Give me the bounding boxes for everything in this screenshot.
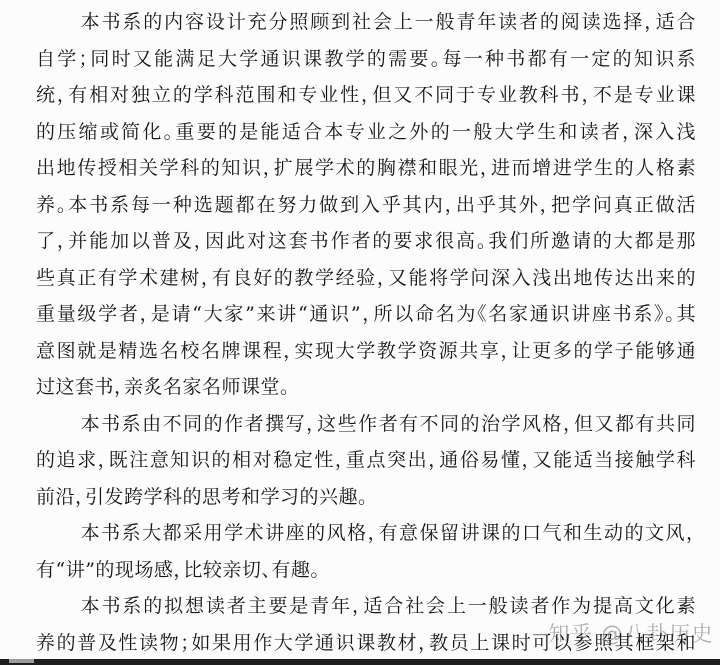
- text-line: 本书系的拟想读者主要是青年，适合社会上一般读者作为提高文化素: [36, 588, 696, 625]
- text-line: 出地传授相关学科的知识，扩展学术的胸襟和眼光，进而增进学生的人格素: [36, 150, 696, 187]
- text-line: 前沿，引发跨学科的思考和学习的兴趣。: [36, 479, 696, 516]
- page-edge-gap: [9, 659, 34, 663]
- text-line: 重量级学者，是请“大家”来讲“通识”，所以命名为《名家通识讲座书系》。其: [36, 296, 696, 333]
- text-line: 的压缩或简化。重要的是能适合本专业之外的一般大学生和读者，深入浅: [36, 114, 696, 151]
- text-line: 统，有相对独立的学科范围和专业性，但又不同于专业教科书，不是专业课: [36, 77, 696, 114]
- text-line: 养的普及性读物；如果用作大学通识课教材，教员上课时可以参照其框架和: [36, 625, 696, 662]
- text-line: 了，并能加以普及，因此对这套书作者的要求很高。我们所邀请的大都是那: [36, 223, 696, 260]
- text-line: 本书系由不同的作者撰写，这些作者有不同的治学风格，但又都有共同: [36, 406, 696, 443]
- text-line: 自学；同时又能满足大学通识课教学的需要。每一种书都有一定的知识系: [36, 41, 696, 78]
- text-line: 的追求，既注意知识的相对稳定性，重点突出，通俗易懂，又能适当接触学科: [36, 442, 696, 479]
- text-line: 意图就是精选名校名牌课程，实现大学教学资源共享，让更多的学子能够通: [36, 333, 696, 370]
- scanned-book-page: 本书系的内容设计充分照顾到社会上一般青年读者的阅读选择，适合自学；同时又能满足大…: [0, 0, 720, 665]
- body-text: 本书系的内容设计充分照顾到社会上一般青年读者的阅读选择，适合自学；同时又能满足大…: [36, 4, 696, 661]
- text-line: 些真正有学术建树，有良好的教学经验，又能将学问深入浅出地传达出来的: [36, 260, 696, 297]
- text-line: 过这套书，亲炙名家名师课堂。: [36, 369, 696, 406]
- text-line: 本书系的内容设计充分照顾到社会上一般青年读者的阅读选择，适合: [36, 4, 696, 41]
- text-line: 养。本书系每一种选题都在努力做到入乎其内，出乎其外，把学问真正做活: [36, 187, 696, 224]
- page-edge-bar: [0, 659, 720, 665]
- text-line: 本书系大都采用学术讲座的风格，有意保留讲课的口气和生动的文风，: [36, 515, 696, 552]
- text-line: 有“讲”的现场感，比较亲切、有趣。: [36, 552, 696, 589]
